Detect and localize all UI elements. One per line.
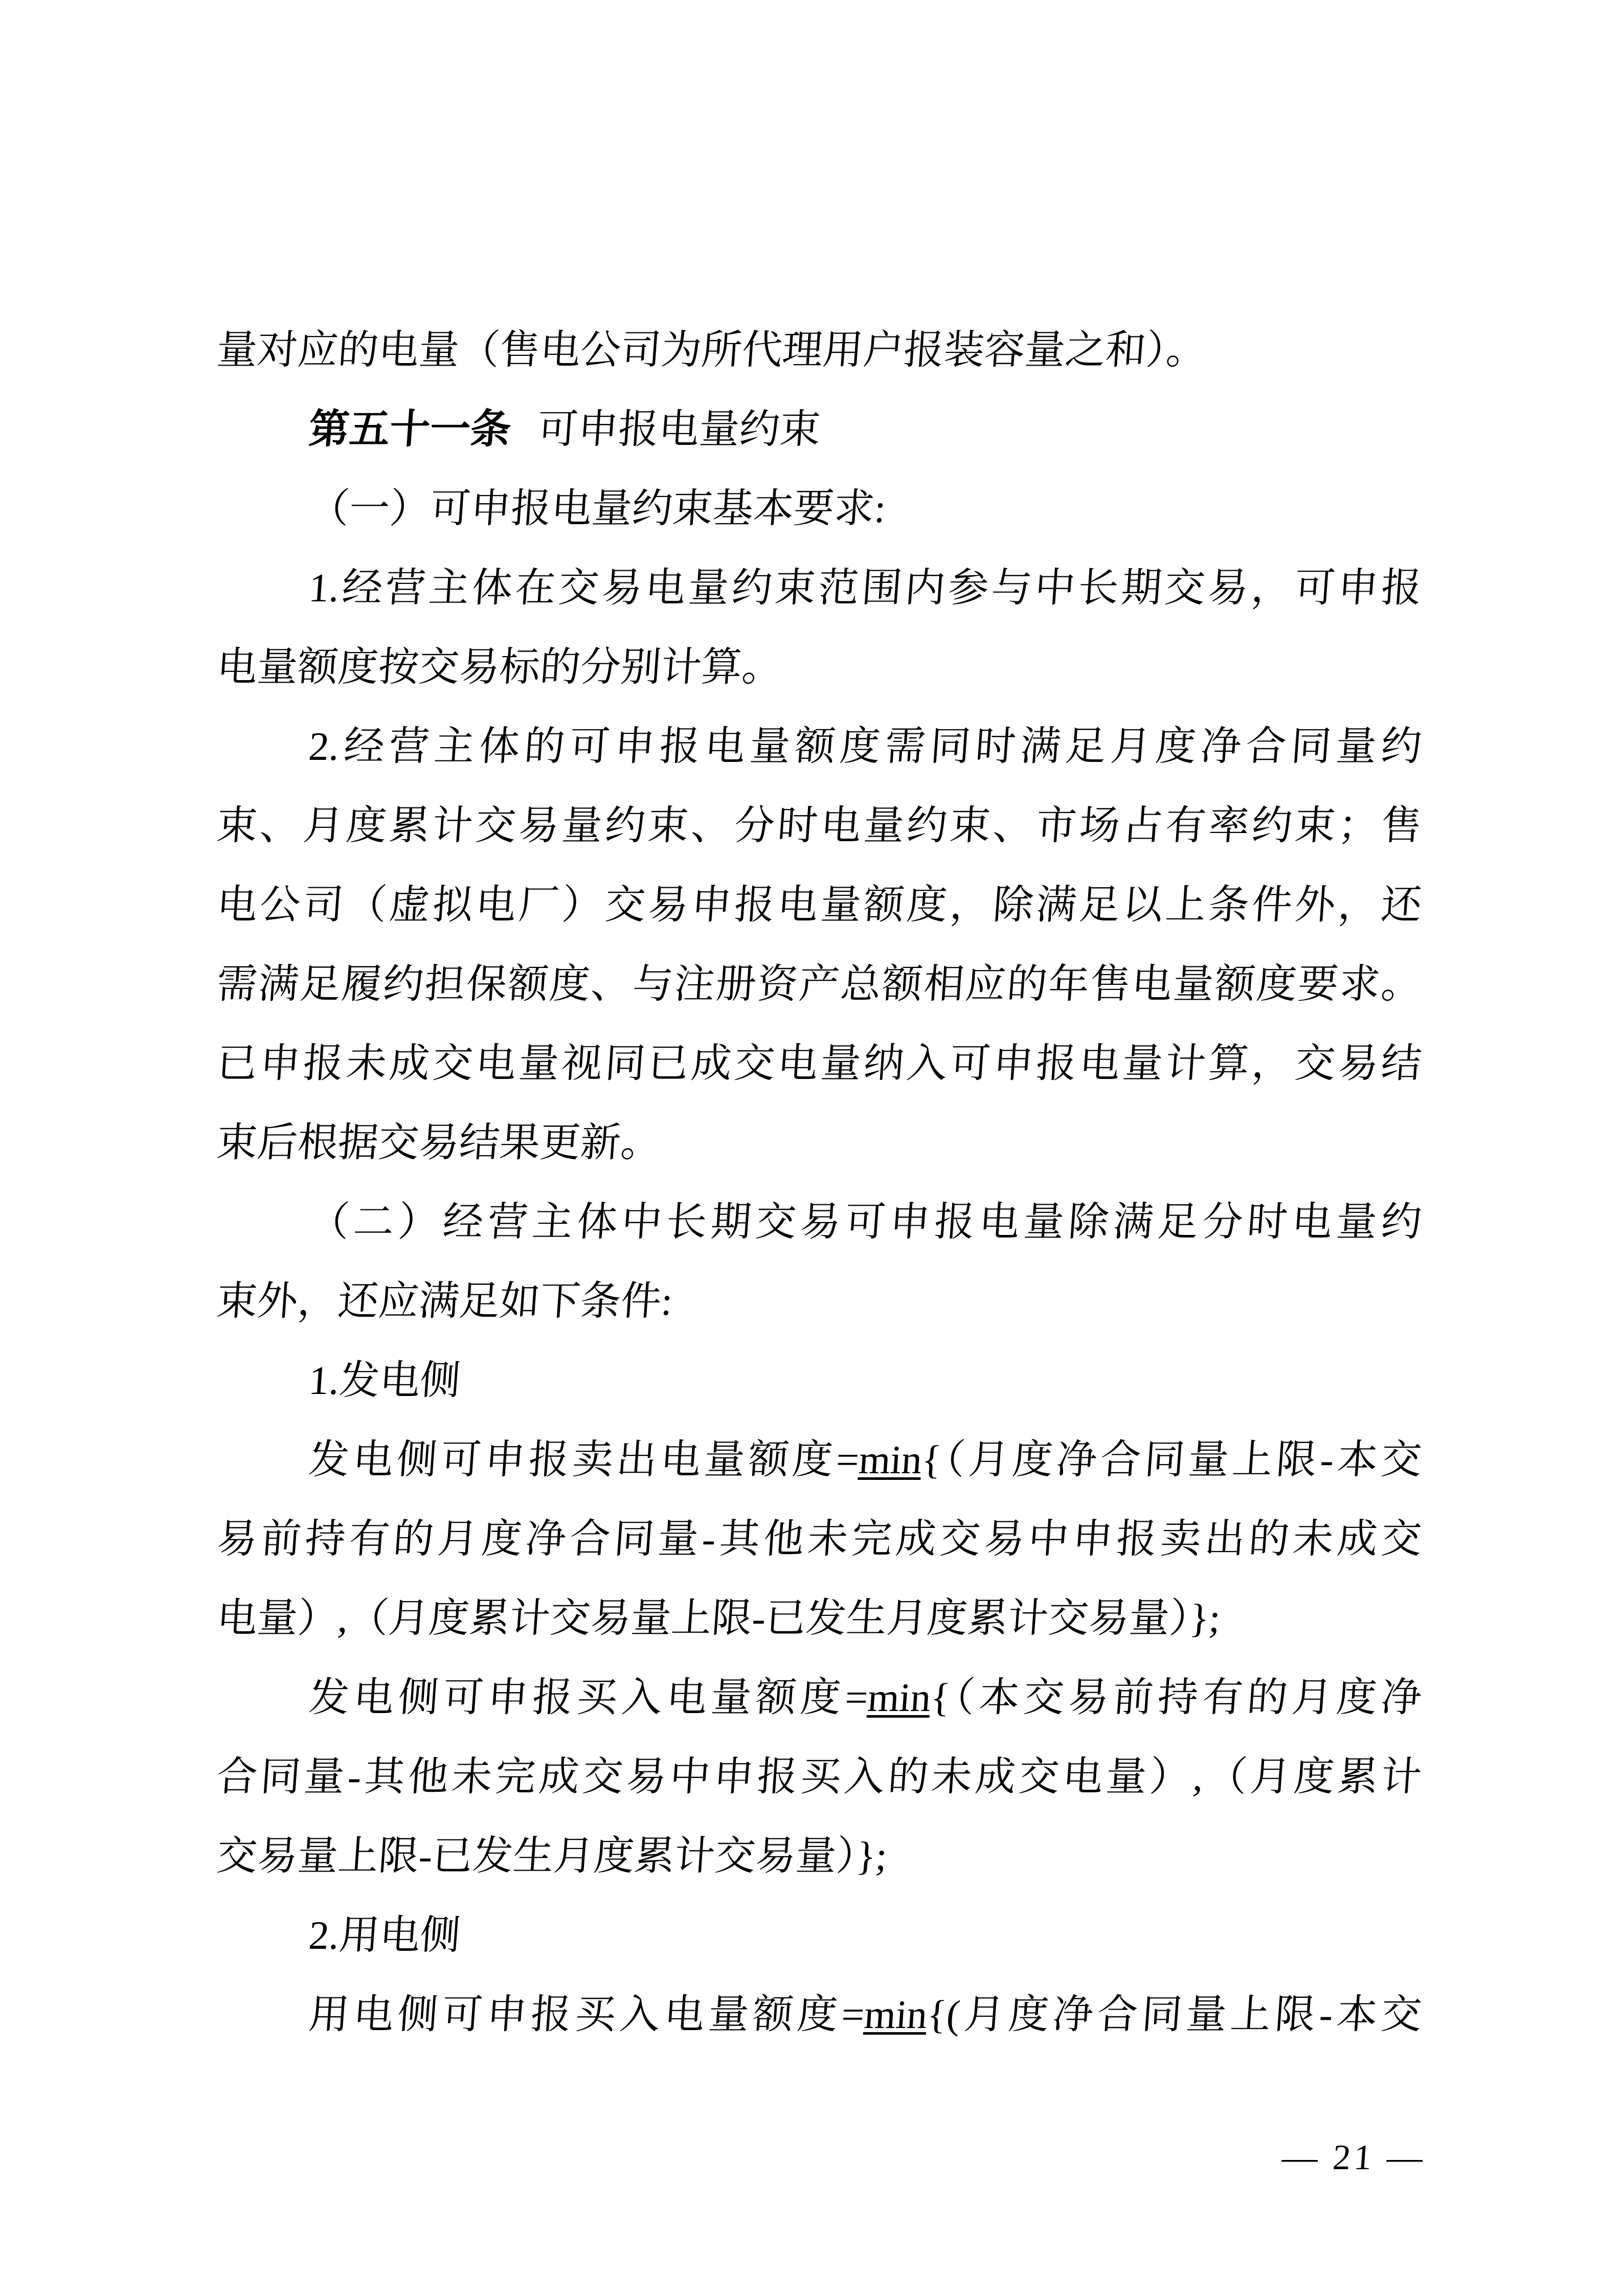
min-function-label: min (866, 1676, 932, 1720)
text-run: 电量额度按交易标的分别计算。 (215, 645, 784, 690)
text-line: 易前持有的月度净合同量-其他未完成交易中申报卖出的未成交 (214, 1500, 1425, 1579)
text-run: 束外，还应满足如下条件: (215, 1279, 674, 1324)
text-run: {（月度净合同量上限-本交 (920, 1438, 1423, 1482)
text-line: 用电侧可申报买入电量额度=min{(月度净合同量上限-本交 (214, 1975, 1425, 2055)
min-function-label: min (858, 1438, 923, 1482)
document-body: 量对应的电量（售电公司为所代理用户报装容量之和）。第五十一条可申报电量约束（一）… (217, 311, 1422, 2055)
text-run: 束后根据交易结果更新。 (215, 1121, 663, 1165)
text-run: （一）可申报电量约束基本要求: (307, 487, 887, 531)
text-line: 发电侧可申报买入电量额度=min{（本交易前持有的月度净 (214, 1658, 1425, 1738)
text-run: 2.用电侧 (307, 1914, 462, 1958)
text-line: 束后根据交易结果更新。 (214, 1104, 1425, 1183)
text-line: 合同量-其他未完成交易中申报买入的未成交电量）,（月度累计 (214, 1738, 1425, 1817)
text-line: 已申报未成交电量视同已成交电量纳入可申报电量计算，交易结 (214, 1024, 1425, 1104)
text-run: {（本交易前持有的月度净 (929, 1676, 1423, 1720)
text-run: 可申报电量约束 (536, 408, 822, 452)
text-line: 电公司（虚拟电厂）交易申报电量额度，除满足以上条件外，还 (214, 866, 1425, 945)
text-line: 1.经营主体在交易电量约束范围内参与中长期交易，可申报 (214, 549, 1425, 628)
text-line: 束、月度累计交易量约束、分时电量约束、市场占有率约束；售 (214, 786, 1425, 866)
text-run: 合同量-其他未完成交易中申报买入的未成交电量）,（月度累计 (215, 1755, 1423, 1799)
text-run: 发电侧可申报卖出电量额度= (307, 1438, 861, 1482)
text-run: 电量）,（月度累计交易量上限-已发生月度累计交易量）}; (215, 1596, 1222, 1641)
text-run: 易前持有的月度净合同量-其他未完成交易中申报卖出的未成交 (215, 1517, 1423, 1562)
text-run: 已申报未成交电量视同已成交电量纳入可申报电量计算，交易结 (215, 1042, 1423, 1086)
min-function-label: min (863, 1993, 929, 2037)
text-line: 1.发电侧 (214, 1341, 1425, 1421)
text-run: 束、月度累计交易量约束、分时电量约束、市场占有率约束；售 (215, 804, 1423, 848)
text-line: 2.用电侧 (214, 1896, 1425, 1975)
text-run: 1.经营主体在交易电量约束范围内参与中长期交易，可申报 (307, 566, 1423, 611)
text-run: 用电侧可申报买入电量额度= (307, 1993, 866, 2037)
text-line: 2.经营主体的可申报电量额度需同时满足月度净合同量约 (214, 707, 1425, 786)
text-line: 电量额度按交易标的分别计算。 (214, 628, 1425, 707)
text-line: 电量）,（月度累计交易量上限-已发生月度累计交易量）}; (214, 1579, 1425, 1658)
text-line: 第五十一条可申报电量约束 (214, 390, 1425, 469)
text-run: 交易量上限-已发生月度累计交易量）}; (215, 1834, 889, 1879)
text-line: 量对应的电量（售电公司为所代理用户报装容量之和）。 (214, 311, 1425, 390)
text-line: 束外，还应满足如下条件: (214, 1262, 1425, 1341)
text-run: 2.经营主体的可申报电量额度需同时满足月度净合同量约 (307, 725, 1423, 769)
text-line: 交易量上限-已发生月度累计交易量）}; (214, 1817, 1425, 1896)
text-run: 量对应的电量（售电公司为所代理用户报装容量之和）。 (215, 328, 1208, 373)
text-line: 需满足履约担保额度、与注册资产总额相应的年售电量额度要求。 (214, 945, 1425, 1024)
text-line: （二）经营主体中长期交易可申报电量除满足分时电量约 (214, 1183, 1425, 1262)
page-number: — 21 — (1280, 2137, 1427, 2178)
text-run: 电公司（虚拟电厂）交易申报电量额度，除满足以上条件外，还 (215, 883, 1423, 928)
text-run: 发电侧可申报买入电量额度= (307, 1676, 869, 1720)
text-run: 1.发电侧 (307, 1359, 462, 1403)
text-run: 需满足履约担保额度、与注册资产总额相应的年售电量额度要求。 (215, 962, 1423, 1007)
text-run: （二）经营主体中长期交易可申报电量除满足分时电量约 (307, 1200, 1423, 1245)
text-line: 发电侧可申报卖出电量额度=min{（月度净合同量上限-本交 (214, 1421, 1425, 1500)
text-run: {(月度净合同量上限-本交 (926, 1993, 1423, 2037)
article-heading: 第五十一条 (307, 408, 512, 452)
text-line: （一）可申报电量约束基本要求: (214, 469, 1425, 549)
